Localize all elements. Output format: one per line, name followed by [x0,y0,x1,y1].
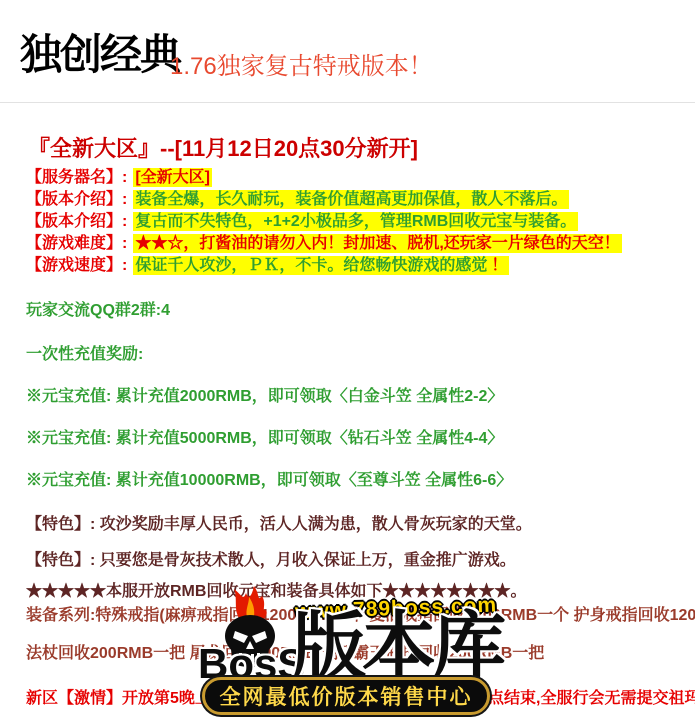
version-intro-value-2: 复古而不失特色，+1+2小极品多，管理RMB回收元宝与装备。 [133,212,578,231]
watermark-banner: 全网最低价版本销售中心 [202,677,490,715]
page-subtitle: 1.76独家复古特戒版本！ [170,46,433,81]
server-name-row: 【服务器名】:[全新大区] [26,168,212,188]
recharge-tier-2: ※元宝充值: 累计充值5000RMB，即可领取〈钻石斗笠 全属性4-4〉 [26,425,503,448]
qq-group-line: 玩家交流QQ群2群:4 [26,297,170,320]
game-difficulty-row: 【游戏难度】:★★☆，打酱油的请勿入内！封加速、脱机,还玩家一片绿色的天空！ [26,234,622,254]
page-title: 独创经典 [20,22,180,82]
version-intro-row-2: 【版本介绍】:复古而不失特色，+1+2小极品多，管理RMB回收元宝与装备。 [26,212,578,232]
footer-notice-right: 点结束,全服行会无需提交祖玛头像 [488,685,695,708]
server-name-label: 【服务器名】: [26,169,127,186]
server-name-value: [全新大区] [133,168,212,187]
version-intro-label-2: 【版本介绍】: [26,213,127,230]
version-intro-row-1: 【版本介绍】:装备全爆，长久耐玩，装备价值超高更加保值，散人不落后。 [26,190,569,210]
announcement-heading: 『全新大区』--[11月12日20点30分新开] [28,132,418,163]
feature-line-1: 【特色】: 攻沙奖励丰厚人民币，活人人满为患，散人骨灰玩家的天堂。 [26,511,532,534]
page: 独创经典 1.76独家复古特戒版本！ 『全新大区』--[11月12日20点30分… [0,0,695,719]
version-intro-value-1: 装备全爆，长久耐玩，装备价值超高更加保值，散人不落后。 [133,190,569,209]
watermark-banner-text: 全网最低价版本销售中心 [220,681,473,711]
recharge-tier-3: ※元宝充值: 累计充值10000RMB，即可领取〈至尊斗笠 全属性6-6〉 [26,467,512,490]
recharge-intro-line: 一次性充值奖励: [26,341,143,364]
game-speed-label: 【游戏速度】: [26,257,127,274]
version-intro-label-1: 【版本介绍】: [26,191,127,208]
game-difficulty-label: 【游戏难度】: [26,235,127,252]
game-speed-value: 保证千人攻沙，ＰＫ，不卡。给您畅快游戏的感觉 [133,256,489,275]
header-divider [0,102,695,103]
game-speed-suffix: ！ [489,256,509,275]
game-speed-row: 【游戏速度】:保证千人攻沙，ＰＫ，不卡。给您畅快游戏的感觉！ [26,256,509,276]
recharge-tier-1: ※元宝充值: 累计充值2000RMB，即可领取〈白金斗笠 全属性2-2〉 [26,383,503,406]
game-difficulty-value: ★★☆，打酱油的请勿入内！封加速、脱机,还玩家一片绿色的天空！ [133,234,621,253]
feature-line-2: 【特色】: 只要您是骨灰技术散人，月收入保证上万，重金推广游戏。 [26,547,516,570]
